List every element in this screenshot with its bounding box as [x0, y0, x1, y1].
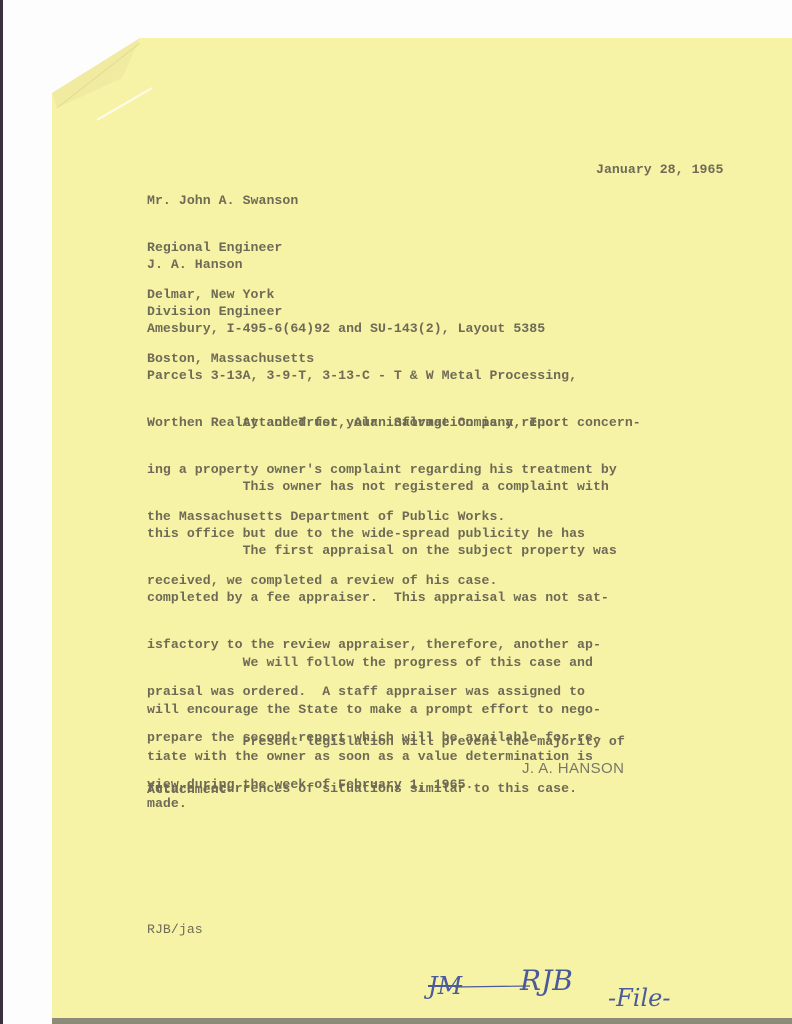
paragraph-line: Attached for your information is a repor… — [147, 415, 641, 431]
scanner-edge — [0, 0, 3, 1024]
reference-initials: RJB/jas — [147, 922, 203, 938]
handwritten-file-note: -File- — [608, 984, 670, 1012]
signature-stamp: J. A. HANSON — [522, 760, 624, 777]
enclosure-note: Attachment — [147, 782, 227, 798]
paragraph-line: The first appraisal on the subject prope… — [147, 543, 617, 559]
paragraph-line: Present legislation will prevent the maj… — [147, 734, 625, 750]
subject-text: Amesbury, I-495-6(64)92 and SU-143(2), L… — [147, 321, 577, 337]
handwritten-initials: RJB — [520, 964, 573, 997]
paragraph-line: We will follow the progress of this case… — [147, 655, 601, 671]
strike-line — [455, 983, 530, 991]
paragraph-line: This owner has not registered a complain… — [147, 479, 609, 495]
paragraph-line: completed by a fee appraiser. This appra… — [147, 590, 617, 606]
paper-bottom-edge — [52, 1018, 792, 1024]
sender-line: J. A. Hanson — [147, 257, 314, 273]
recipient-line: Mr. John A. Swanson — [147, 193, 298, 209]
subject-text: Parcels 3-13A, 3-9-T, 3-13-C - T & W Met… — [147, 368, 577, 384]
letter-date: January 28, 1965 — [596, 162, 723, 178]
